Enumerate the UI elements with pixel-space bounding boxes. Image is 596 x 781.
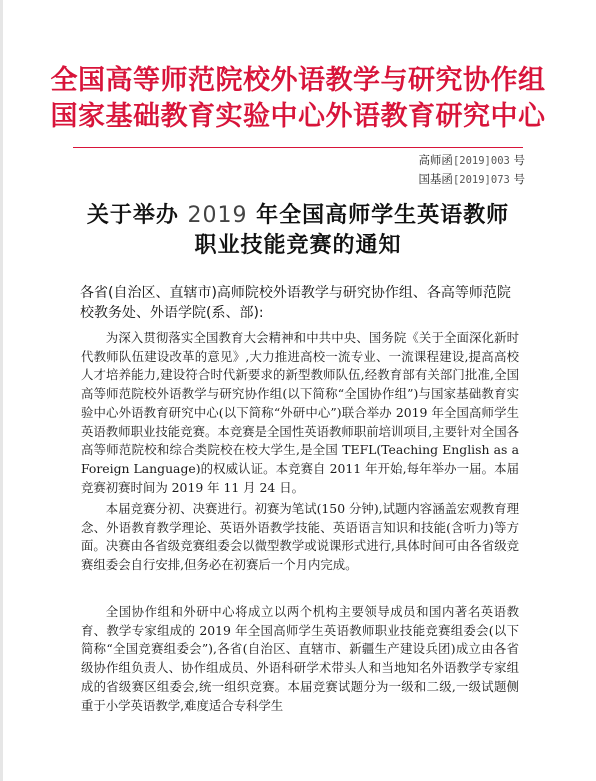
doc-number-prefix: 高师函 [418,153,453,167]
doc-number-prefix: 国基函 [418,172,453,186]
issuing-organization-2: 国家基础教育实验中心外语教育研究中心 [0,102,596,132]
body-paragraph-2: 本届竞赛分初、决赛进行。初赛为笔试(150 分钟),试题内容涵盖宏观教育理念、外… [81,500,519,575]
doc-number-value: [2019]073 [453,174,510,186]
red-header-divider [73,147,523,148]
issuing-organization-1: 全国高等师范院校外语教学与研究协作组 [0,66,596,96]
addressee: 各省(自治区、直辖市)高师院校外语教学与研究协作组、各高等师范院校教务处、外语学… [80,283,520,323]
document-title-line-1: 关于举办 2019 年全国高师学生英语教师 [0,200,596,231]
body-paragraph-3: 全国协作组和外研中心将成立以两个机构主要领导成员和国内著名英语教育、教学专家组成… [81,603,519,715]
title-text: 关于举办 [87,202,188,228]
title-year: 2019 [188,203,248,228]
body-paragraph-1: 为深入贯彻落实全国教育大会精神和中共中央、国务院《关于全面深化新时代教师队伍建设… [81,329,519,497]
doc-number-suffix: 号 [514,153,526,167]
doc-number-value: [2019]003 [453,155,510,167]
doc-number-suffix: 号 [514,172,526,186]
paragraph-text: 本届竞赛分初、决赛进行。初赛为笔试(150 分钟),试题内容涵盖宏观教育理念、外… [81,500,519,575]
document-number-2: 国基函[2019]073 号 [418,171,525,188]
paragraph-text: 为深入贯彻落实全国教育大会精神和中共中央、国务院《关于全面深化新时代教师队伍建设… [81,329,519,497]
paragraph-text: 全国协作组和外研中心将成立以两个机构主要领导成员和国内著名英语教育、教学专家组成… [81,603,519,715]
document-number-1: 高师函[2019]003 号 [418,152,525,169]
document-title-line-2: 职业技能竞赛的通知 [0,230,596,260]
title-text: 年全国高师学生英语教师 [248,202,510,228]
